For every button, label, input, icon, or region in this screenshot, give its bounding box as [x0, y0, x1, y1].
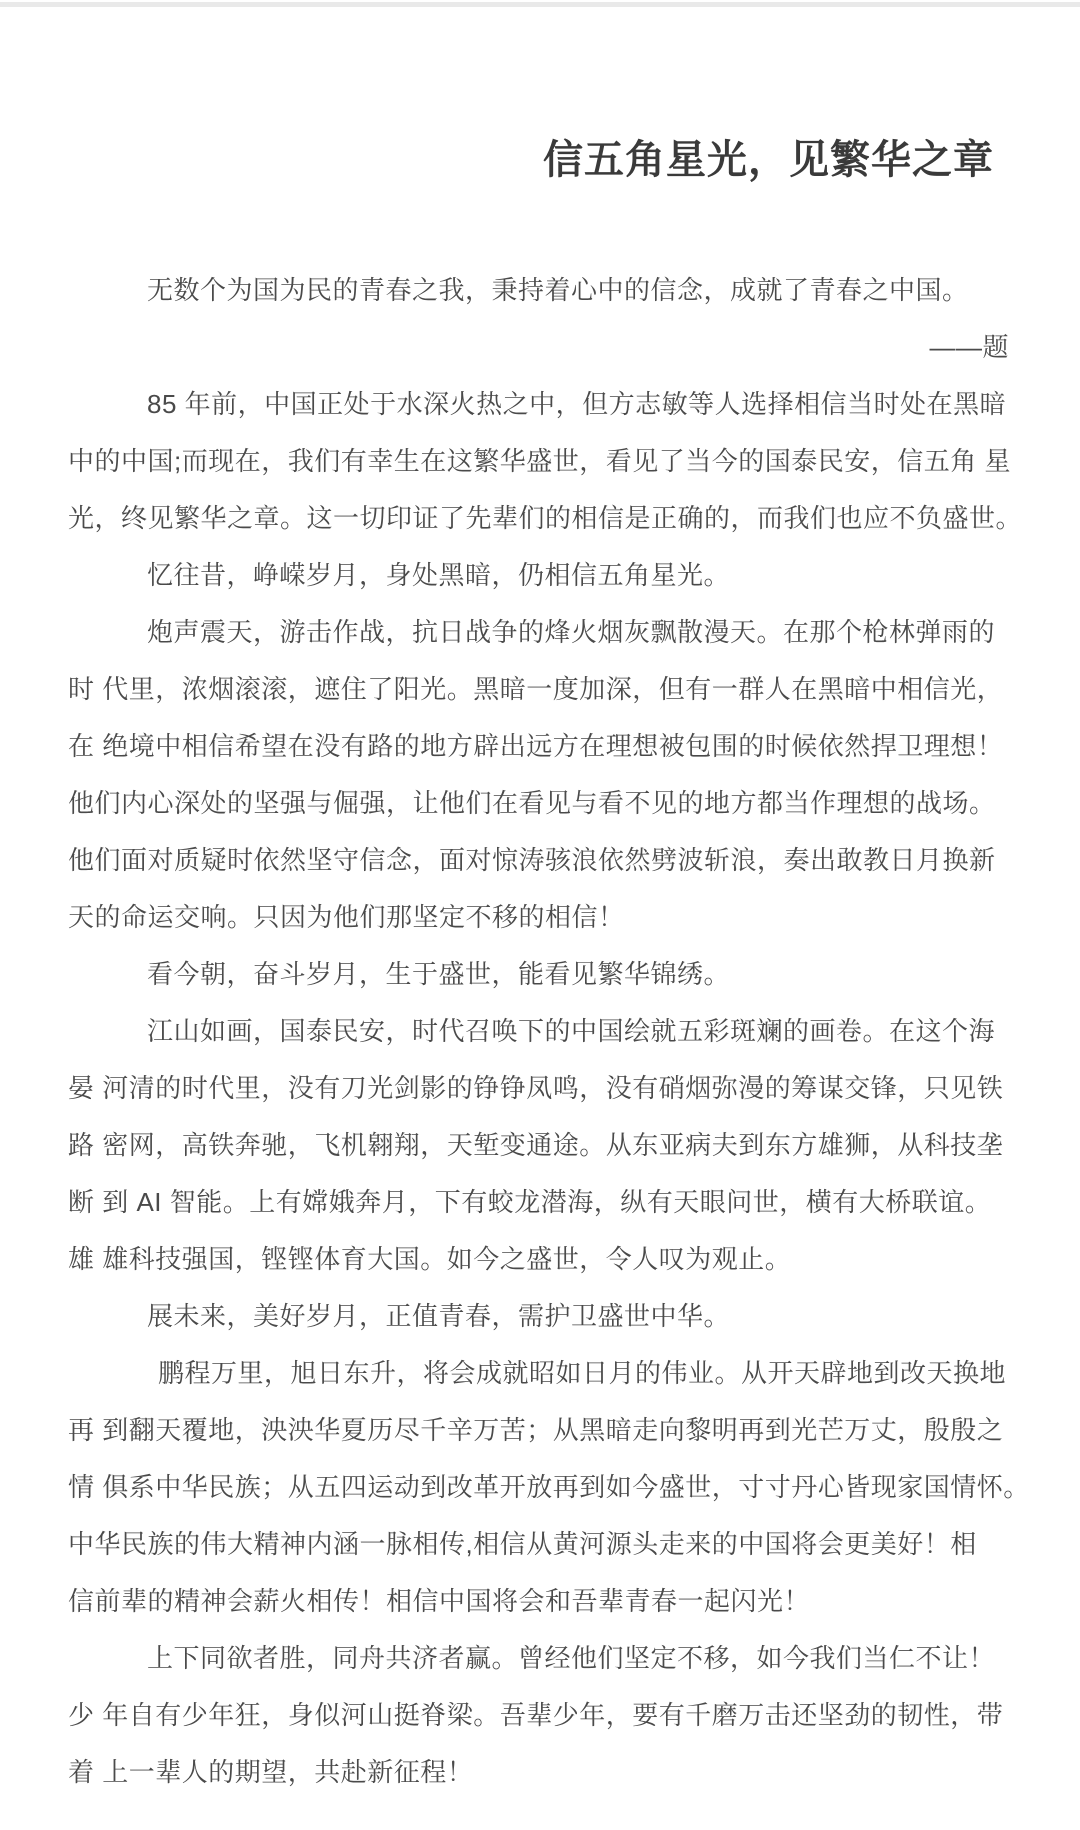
essay-title: 信五角星光，见繁华之章: [0, 138, 994, 182]
document-page: 信五角星光，见繁华之章 无数个为国为民的青春之我，秉持着心中的信念，成就了青春之…: [0, 0, 1080, 1830]
essay-line: 再 到翻天覆地，泱泱华夏历尽千辛万苦；从黑暗走向黎明再到光芒万丈，殷殷之: [68, 1402, 1013, 1459]
essay-line: 展未来，美好岁月，正值青春，需护卫盛世中华。: [68, 1288, 1013, 1345]
essay-line: 江山如画，国泰民安，时代召唤下的中国绘就五彩斑斓的画卷。在这个海: [68, 1003, 1013, 1060]
essay-line: 忆往昔，峥嵘岁月，身处黑暗，仍相信五角星光。: [68, 547, 1013, 604]
essay-line: 他们内心深处的坚强与倔强，让他们在看见与看不见的地方都当作理想的战场。: [68, 775, 1013, 832]
essay-line: 时 代里，浓烟滚滚，遮住了阳光。黑暗一度加深，但有一群人在黑暗中相信光，: [68, 661, 1013, 718]
essay-body: 无数个为国为民的青春之我，秉持着心中的信念，成就了青春之中国。——题85 年前，…: [68, 262, 1013, 1801]
essay-line: 鹏程万里，旭日东升，将会成就昭如日月的伟业。从开天辟地到改天换地: [68, 1345, 1013, 1402]
essay-line: 少 年自有少年狂，身似河山挺脊梁。吾辈少年，要有千磨万击还坚劲的韧性，带: [68, 1687, 1013, 1744]
essay-line: 路 密网，高铁奔驰，飞机翱翔，天堑变通途。从东亚病夫到东方雄狮，从科技垄: [68, 1117, 1013, 1174]
essay-line: 雄 雄科技强国，铿铿体育大国。如今之盛世，令人叹为观止。: [68, 1231, 1013, 1288]
essay-line: ——题: [68, 319, 1013, 376]
essay-line: 情 俱系中华民族；从五四运动到改革开放再到如今盛世，寸寸丹心皆现家国情怀。: [68, 1459, 1013, 1516]
essay-line: 炮声震天，游击作战，抗日战争的烽火烟灰飘散漫天。在那个枪林弹雨的: [68, 604, 1013, 661]
essay-line: 上下同欲者胜，同舟共济者赢。曾经他们坚定不移，如今我们当仁不让！: [68, 1630, 1013, 1687]
essay-line: 中华民族的伟大精神内涵一脉相传,相信从黄河源头走来的中国将会更美好！相: [68, 1516, 1013, 1573]
essay-line: 着 上一辈人的期望，共赴新征程！: [68, 1744, 1013, 1801]
essay-line: 光，终见繁华之章。这一切印证了先辈们的相信是正确的，而我们也应不负盛世。: [68, 490, 1013, 547]
essay-line: 天的命运交响。只因为他们那坚定不移的相信！: [68, 889, 1013, 946]
page-top-divider: [0, 2, 1080, 7]
essay-line: 信前辈的精神会薪火相传！相信中国将会和吾辈青春一起闪光！: [68, 1573, 1013, 1630]
essay-line: 看今朝，奋斗岁月，生于盛世，能看见繁华锦绣。: [68, 946, 1013, 1003]
essay-line: 他们面对质疑时依然坚守信念，面对惊涛骇浪依然劈波斩浪，奏出敢教日月换新: [68, 832, 1013, 889]
essay-line: 中的中国;而现在，我们有幸生在这繁华盛世，看见了当今的国泰民安，信五角 星: [68, 433, 1013, 490]
essay-line: 在 绝境中相信希望在没有路的地方辟出远方在理想被包围的时候依然捍卫理想！: [68, 718, 1013, 775]
essay-line: 无数个为国为民的青春之我，秉持着心中的信念，成就了青春之中国。: [68, 262, 1013, 319]
essay-line: 85 年前，中国正处于水深火热之中，但方志敏等人选择相信当时处在黑暗: [68, 376, 1013, 433]
essay-line: 断 到 AI 智能。上有嫦娥奔月，下有蛟龙潜海，纵有天眼问世，横有大桥联谊。: [68, 1174, 1013, 1231]
essay-line: 晏 河清的时代里，没有刀光剑影的铮铮凤鸣，没有硝烟弥漫的筹谋交锋，只见铁: [68, 1060, 1013, 1117]
